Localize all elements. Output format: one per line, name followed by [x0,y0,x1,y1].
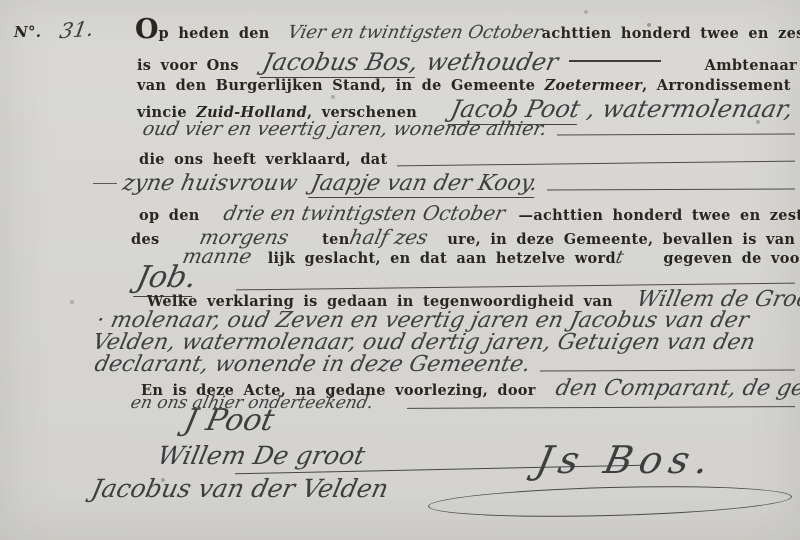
hand-official-name: Jacobus Bos, [260,48,421,78]
blank-filler-dash [569,60,661,62]
blank-filler-rule [557,133,795,135]
signature-witness1: Willem De groot [155,441,368,470]
hand-age-residence: oud vier en veertig jaren, wonende alhie… [141,118,549,140]
signature-official-flourish-loop [428,482,793,521]
print-op-den: op den [139,207,200,224]
print-is-voor-ons: is voor Ons [137,57,239,74]
line-birth-date: op den drie en twintigsten October — ach… [139,201,797,225]
act-number-label: N°. [14,23,41,41]
paper-speckles [0,0,2,2]
hand-zyne-huisvrouw: zyne huisvrouw [120,171,299,196]
print-verklaard-dat: die ons heeft verklaard, dat [139,151,387,168]
line-municipality: van den Burgerlijken Stand, in de Gemeen… [137,75,797,94]
line-declaration: die ons heeft verklaard, dat [139,151,797,169]
print-arrondissement: , Arrondissement [642,77,800,94]
blank-filler-rule [540,369,795,371]
act-number-value: 31. [58,17,96,44]
hand-mother-name: Jaapje van der Kooy. [308,171,540,198]
line-declarant-age: oud vier en veertig jaren, wonende alhie… [143,118,797,140]
print-year-words: achttien honderd twee en zestig, [542,25,800,42]
hand-official-title: wethouder [424,48,561,76]
print-op-heden-den: p heden den [159,25,270,42]
print-birth-year: achttien honderd twee en zestig, [533,207,800,224]
print-des: des [131,231,159,248]
signature-witness2: Jacobus van der Velden [89,474,391,503]
print-burgerlijke-stand: van den Burgerlijken Stand, in de Gemeen… [137,77,545,94]
print-zoetermeer: Zoetermeer [545,77,642,94]
line-official: is voor Ons Jacobus Bos, wethouder Ambte… [137,48,797,78]
birth-certificate-scan: N°. 31. O p heden den Vier en twintigste… [0,0,800,540]
blank-filler-rule [547,188,795,190]
blank-filler-rule [407,406,795,409]
print-ambtenaar: Ambtenaar [705,57,797,74]
print-dash: — [519,207,534,224]
blank-filler-rule [397,161,795,167]
line-opening-date: O p heden den Vier en twintigsten Octobe… [135,22,797,43]
signature-declarant: J Poot [181,403,277,438]
line-witnesses-residence: declarant, wonende in deze Gemeente. [95,352,797,377]
signature-official: Js Bos. [532,438,720,482]
hand-witnesses-residence: declarant, wonende in deze Gemeente. [92,352,532,377]
drop-cap-o: O [135,23,159,37]
hand-act-date: Vier en twintigsten October [285,22,543,43]
hand-birth-date: drie en twintigsten October [221,201,507,225]
act-number: N°. 31. [14,18,94,42]
line-mother: zyne huisvrouw Jaapje van der Kooy. [93,171,797,198]
margin-dash [93,183,117,184]
